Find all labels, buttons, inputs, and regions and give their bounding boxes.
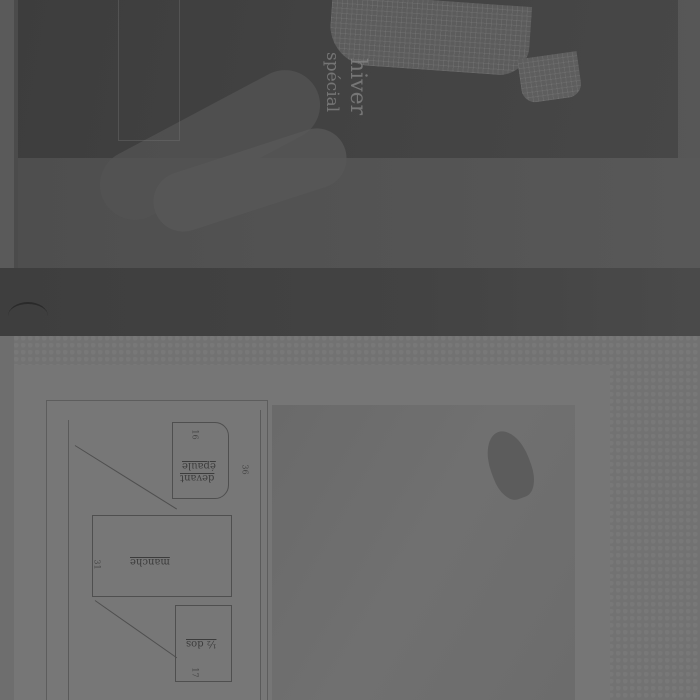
masthead-outline bbox=[118, 0, 180, 141]
label-epaule: épaule bbox=[182, 460, 216, 471]
measurement: 31 bbox=[93, 559, 102, 569]
knitted-cuff bbox=[517, 51, 583, 104]
pattern-guide-line bbox=[68, 420, 69, 700]
dark-gap-band bbox=[0, 268, 700, 336]
measurement: 16 bbox=[191, 429, 200, 439]
cover-text-special: spécial bbox=[322, 52, 342, 112]
measurement: 17 bbox=[191, 667, 200, 677]
label-dos: ½ dos bbox=[186, 638, 216, 649]
photo-scene: spécial hiver épaule devant manche ½ dos… bbox=[0, 0, 700, 700]
ring-binder-arc bbox=[8, 302, 48, 330]
label-manche: manche bbox=[130, 556, 170, 567]
label-devant: devant bbox=[180, 472, 214, 483]
measurement: 36 bbox=[241, 464, 250, 474]
model-photo bbox=[272, 405, 575, 700]
pattern-guide-line bbox=[260, 410, 261, 700]
cover-text-hiver: hiver bbox=[345, 58, 370, 115]
